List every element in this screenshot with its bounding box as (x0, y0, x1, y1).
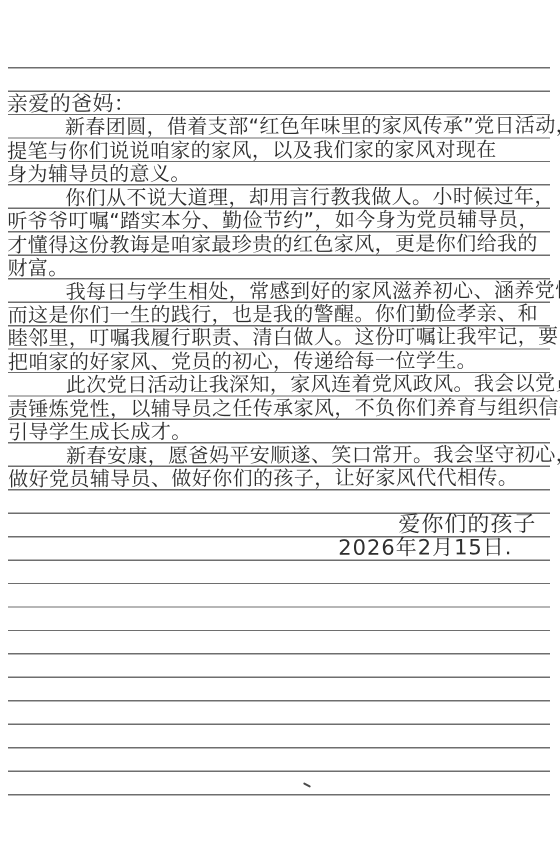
letter-line: 身为辅导员的意义。 (7, 160, 553, 185)
letter-line: 提笔与你们说说咱家的家风，以及我们家的家风对现在 (7, 136, 553, 161)
letter-line: 此次党日活动让我深知，家风连着党风政风。我会以党员之 (8, 371, 554, 396)
letter-line: 才懂得这份教诲是咱家最珍贵的红色家风，更是你们给我的 (7, 230, 553, 255)
salutation-line: 亲爱的爸妈： (7, 90, 553, 115)
letter-line: 听爷爷叮嘱“踏实本分、勤俭节约”，如今身为党员辅导员， (7, 207, 553, 232)
letter-line: 新春安康，愿爸妈平安顺遂、笑口常开。我会坚守初心， (8, 441, 554, 466)
letter-line: 睦邻里，叮嘱我履行职责、清白做人。这份叮嘱让我牢记，要 (8, 324, 554, 349)
letter-line: 我每日与学生相处，常感到好的家风滋养初心、涵养党性， (8, 277, 554, 302)
signature: 爱你们的孩子 (398, 513, 536, 537)
letter-line: 把咱家的好家风、党员的初心，传递给每一位学生。 (8, 348, 554, 373)
letter-line: 做好党员辅导员、做好你们的孩子，让好家风代代相传。 (8, 465, 554, 490)
handwritten-text-layer: 亲爱的爸妈： 新春团圆，借着支部“红色年味里的家风传承”党日活动， 提笔与你们说… (0, 0, 560, 841)
letter-line: 你们从不说大道理，却用言行教我做人。小时候过年， (7, 183, 553, 208)
letter-paper: 亲爱的爸妈： 新春团圆，借着支部“红色年味里的家风传承”党日活动， 提笔与你们说… (0, 0, 560, 841)
date-line: 2026年2月15日. (338, 536, 512, 560)
letter-line: 新春团圆，借着支部“红色年味里的家风传承”党日活动， (7, 113, 553, 138)
letter-line: 责锤炼党性，以辅导员之任传承家风，不负你们养育与组织信任， (8, 394, 554, 419)
letter-line: 引导学生成长成才。 (8, 418, 554, 443)
letter-line: 财富。 (7, 254, 553, 279)
letter-line: 而这是你们一生的践行，也是我的警醒。你们勤俭孝亲、和 (8, 301, 554, 326)
